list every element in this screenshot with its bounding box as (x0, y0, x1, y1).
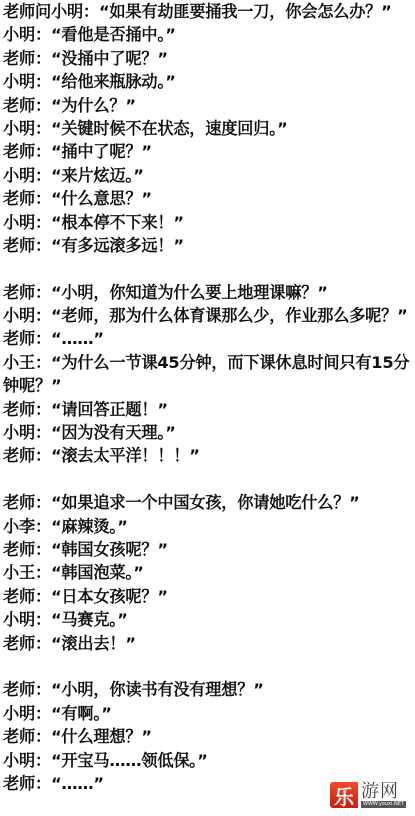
dialogue-line: 老师：“没捅中了呢？” (3, 47, 413, 70)
dialogue-text: “为什么一节课45分钟，而下课休息时间只有15分 (51, 353, 409, 372)
dialogue-line: 老师：“请回答正题！” (3, 398, 413, 421)
dialogue-text: “小明，你知道为什么要上地理课嘛？” (51, 283, 328, 302)
dialogue-line: 老师：“什么意思？” (3, 187, 413, 210)
dialogue-line: 老师：“韩国女孩呢？” (3, 538, 413, 561)
section-gap (3, 468, 413, 491)
dialogue-text: 钟呢？” (3, 376, 61, 395)
dialogue-line: 小明：“来片炫迈。” (3, 164, 413, 187)
dialogue-text: “什么理想？” (51, 727, 152, 746)
speaker-label: 小李： (3, 517, 51, 536)
dialogue-text: “有多远滚多远！” (51, 236, 184, 255)
dialogue-text: “给他来瓶脉动。” (51, 72, 176, 91)
dialogue-text: “有啊。” (51, 704, 112, 723)
speaker-label: 老师： (3, 727, 51, 746)
speaker-label: 老师： (3, 142, 51, 161)
speaker-label: 老师： (3, 446, 51, 465)
speaker-label: 小明： (3, 306, 51, 325)
dialogue-text: “关键时候不在状态，速度回归。” (51, 119, 288, 138)
dialogue-line: 老师：“滚去太平洋！！！” (3, 444, 413, 467)
speaker-label: 小明： (3, 610, 51, 629)
dialogue-text: “请回答正题！” (51, 400, 168, 419)
logo-url: WWW.youxi.NET (361, 801, 406, 808)
dialogue-line: 小明：“因为没有天理。” (3, 421, 413, 444)
speaker-label: 老师： (3, 540, 51, 559)
dialogue-line: 小李：“麻辣烫。” (3, 515, 413, 538)
dialogue-line: 小明：“老师，那为什么体育课那么少，作业那么多呢？” (3, 304, 413, 327)
dialogue-line: 老师：“小明，你知道为什么要上地理课嘛？” (3, 281, 413, 304)
speaker-label: 老师问小明： (3, 2, 99, 21)
dialogue-text: “来片炫迈。” (51, 166, 144, 185)
dialogue-line: 老师：“什么理想？” (3, 725, 413, 748)
dialogue-line: 小王：“为什么一节课45分钟，而下课休息时间只有15分 (3, 351, 413, 374)
dialogue-text: “如果有劫匪要捅我一刀，你会怎么办？” (99, 2, 392, 21)
dialogue-line: 老师：“有多远滚多远！” (3, 234, 413, 257)
dialogue-text: “韩国女孩呢？” (51, 540, 168, 559)
dialogue-text: “根本停不下来！” (51, 213, 184, 232)
dialogue-line: 老师：“日本女孩呢？” (3, 585, 413, 608)
speaker-label: 小明： (3, 423, 51, 442)
section-gap (3, 655, 413, 678)
dialogue-line: 老师：“滚出去！” (3, 632, 413, 655)
dialogue-text: “为什么？” (51, 96, 136, 115)
speaker-label: 老师： (3, 283, 51, 302)
section-gap (3, 257, 413, 280)
speaker-label: 老师： (3, 774, 51, 793)
speaker-label: 小明： (3, 119, 51, 138)
speaker-label: 小明： (3, 213, 51, 232)
dialogue-line: 小明：“给他来瓶脉动。” (3, 70, 413, 93)
dialogue-line: 钟呢？” (3, 374, 413, 397)
dialogue-text: “看他是否捅中。” (51, 25, 176, 44)
speaker-label: 老师： (3, 329, 51, 348)
dialogue-text: “滚出去！” (51, 634, 136, 653)
dialogue-text: “……” (51, 329, 104, 348)
dialogue-text: “如果追求一个中国女孩，你请她吃什么？” (51, 493, 360, 512)
dialogue-line: 小明：“根本停不下来！” (3, 211, 413, 234)
dialogue-line: 小明：“看他是否捅中。” (3, 23, 413, 46)
dialogue-line: 小明：“有啊。” (3, 702, 413, 725)
logo-icon: 乐 (330, 782, 358, 808)
dialogue-line: 老师：“捅中了呢？” (3, 140, 413, 163)
speaker-label: 小明： (3, 25, 51, 44)
dialogue-text: “……” (51, 774, 104, 793)
dialogue-line: 老师：“如果追求一个中国女孩，你请她吃什么？” (3, 491, 413, 514)
speaker-label: 老师： (3, 49, 51, 68)
dialogue-line: 小王：“韩国泡菜。” (3, 561, 413, 584)
dialogue-text: “老师，那为什么体育课那么少，作业那么多呢？” (51, 306, 408, 325)
speaker-label: 老师： (3, 96, 51, 115)
speaker-label: 老师： (3, 680, 51, 699)
speaker-label: 小明： (3, 72, 51, 91)
dialogue-line: 老师：“……” (3, 327, 413, 350)
dialogue-line: 小明：“开宝马……领低保。” (3, 749, 413, 772)
dialogue-text: “没捅中了呢？” (51, 49, 168, 68)
dialogue-text: “什么意思？” (51, 189, 152, 208)
speaker-label: 老师： (3, 634, 51, 653)
speaker-label: 小明： (3, 751, 51, 770)
dialogue-line: 小明：“马赛克。” (3, 608, 413, 631)
dialogue-line: 老师问小明：“如果有劫匪要捅我一刀，你会怎么办？” (3, 0, 413, 23)
logo-text: 游网 (361, 783, 406, 801)
dialogue-text: “日本女孩呢？” (51, 587, 168, 606)
dialogue-text: “马赛克。” (51, 610, 128, 629)
dialogue-text: “捅中了呢？” (51, 142, 152, 161)
speaker-label: 小明： (3, 704, 51, 723)
dialogue-text: “开宝马……领低保。” (51, 751, 208, 770)
speaker-label: 小王： (3, 353, 51, 372)
dialogue-line: 老师：“为什么？” (3, 94, 413, 117)
speaker-label: 老师： (3, 493, 51, 512)
joke-document: 老师问小明：“如果有劫匪要捅我一刀，你会怎么办？”小明：“看他是否捅中。”老师：… (3, 0, 413, 795)
speaker-label: 小王： (3, 563, 51, 582)
dialogue-text: “滚去太平洋！！！” (51, 446, 200, 465)
dialogue-text: “麻辣烫。” (51, 517, 128, 536)
dialogue-text: “因为没有天理。” (51, 423, 176, 442)
speaker-label: 小明： (3, 166, 51, 185)
speaker-label: 老师： (3, 189, 51, 208)
dialogue-text: “韩国泡菜。” (51, 563, 144, 582)
dialogue-line: 小明：“关键时候不在状态，速度回归。” (3, 117, 413, 140)
dialogue-line: 老师：“小明，你读书有没有理想？” (3, 678, 413, 701)
speaker-label: 老师： (3, 587, 51, 606)
speaker-label: 老师： (3, 236, 51, 255)
site-watermark-logo: 乐 游网 WWW.youxi.NET (330, 780, 410, 810)
dialogue-text: “小明，你读书有没有理想？” (51, 680, 264, 699)
speaker-label: 老师： (3, 400, 51, 419)
